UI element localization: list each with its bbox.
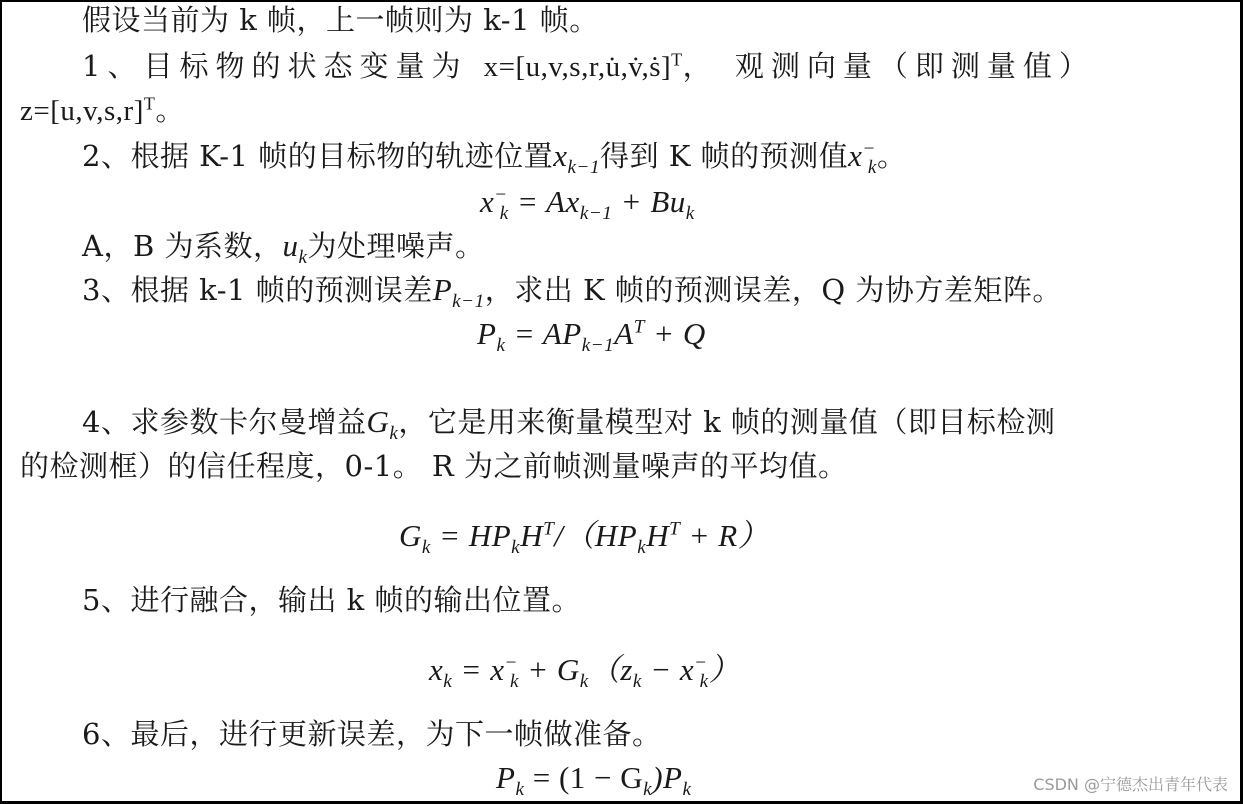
step2-suffix: 。 [877, 139, 907, 173]
eq-sup: T [634, 317, 645, 338]
eq-sub: k [637, 537, 646, 558]
eq-sub: k [422, 537, 431, 558]
note-coefficients: A，B 为系数，uk为处理噪声。 [82, 228, 485, 264]
state-vector: x=[u,v,s,r,u̇,v̇,ṡ] [484, 51, 671, 83]
eq-sup: T [669, 519, 680, 540]
csdn-watermark: CSDN @宁德杰出青年代表 [1033, 772, 1228, 795]
eq-term: + G [519, 652, 580, 687]
eq-term: ） [709, 652, 741, 687]
step1-prefix: 1、目标物的状态变量为 [82, 49, 484, 83]
eq-term: H [646, 518, 669, 553]
equation-predict-state: x−k = Axk−1 + Buk [480, 184, 695, 220]
eq-term: x [429, 652, 443, 687]
equation-predict-error: Pk = APk−1AT + Q [477, 316, 706, 352]
equation-update-error: Pk = (1 − Gk)Pk [496, 760, 691, 796]
var-x-subscript: k−1 [567, 157, 600, 178]
step1-suffix: 。 [155, 93, 185, 127]
eq-term: /（HP [554, 518, 637, 553]
var-g: Gk [366, 404, 398, 439]
step2-prefix: 2、根据 K-1 帧的目标物的轨迹位置 [82, 139, 553, 173]
step1-middle: ， 观测向量（即测量值） [683, 49, 1095, 83]
step4-line: 4、求参数卡尔曼增益Gk，它是用来衡量模型对 k 帧的测量值（即目标检测 [82, 404, 1055, 440]
var-u: uk [282, 228, 307, 263]
eq-sup: T [543, 519, 554, 540]
intro-line: 假设当前为 k 帧，上一帧则为 k-1 帧。 [82, 2, 599, 38]
var-x-pred: x−k [848, 138, 877, 173]
eq-term: P [496, 760, 515, 795]
note-prefix: A，B 为系数， [82, 229, 282, 263]
step3-line: 3、根据 k-1 帧的预测误差Pk−1，求出 K 帧的预测误差，Q 为协方差矩阵… [82, 272, 1062, 308]
eq-term: G [399, 518, 422, 553]
eq-sub: k [682, 779, 691, 800]
eq-term: （z [589, 652, 633, 687]
step4-suffix: ，它是用来衡量模型对 k 帧的测量值（即目标检测 [398, 405, 1055, 439]
step2-line: 2、根据 K-1 帧的目标物的轨迹位置xk−1得到 K 帧的预测值x−k。 [82, 138, 906, 174]
eq-term: + Bu [612, 184, 685, 219]
eq-term: = (1 − G [524, 760, 643, 795]
step4-prefix: 4、求参数卡尔曼增益 [82, 405, 366, 439]
step6-line: 6、最后，进行更新误差，为下一帧做准备。 [82, 716, 661, 752]
eq-term: + Q [645, 316, 706, 351]
eq-term: = AP [505, 316, 581, 351]
var-g-symbol: G [366, 404, 389, 439]
eq-term: = HP [431, 518, 511, 553]
eq-sub: k [500, 203, 509, 224]
document-page: 假设当前为 k 帧，上一帧则为 k-1 帧。 1、目标物的状态变量为 x=[u,… [2, 2, 1240, 801]
step1-line2: z=[u,v,s,r]T。 [20, 92, 185, 129]
step3-prefix: 3、根据 k-1 帧的预测误差 [82, 273, 433, 307]
var-x: x [553, 138, 567, 173]
step5-line: 5、进行融合，输出 k 帧的输出位置。 [82, 582, 581, 618]
eq-sub: k−1 [582, 335, 615, 356]
observation-vector: z=[u,v,s,r] [20, 95, 144, 127]
var-x: x [848, 138, 862, 173]
eq-term: A [614, 316, 633, 351]
eq-term: − x [642, 652, 694, 687]
var-p: P [433, 272, 452, 307]
step3-suffix: ，求出 K 帧的预测误差，Q 为协方差矩阵。 [485, 273, 1062, 307]
var-x-subscript: k [868, 157, 877, 178]
eq-term: x [480, 184, 494, 219]
eq-term: = Ax [509, 184, 580, 219]
eq-sub: k [580, 671, 589, 692]
var-x-prev: xk−1 [553, 138, 600, 173]
eq-sub: k [443, 671, 452, 692]
eq-sub: k [510, 671, 519, 692]
eq-sub: k [643, 779, 652, 800]
var-u-subscript: k [298, 247, 307, 268]
observation-vector-transpose: T [144, 93, 155, 113]
eq-sub: k [633, 671, 642, 692]
eq-sub: k [511, 537, 520, 558]
equation-fusion: xk = x−k + Gk（zk − x−k） [429, 652, 740, 688]
step2-middle: 得到 K 帧的预测值 [600, 139, 848, 173]
equation-kalman-gain: Gk = HPkHT/（HPkHT + R） [399, 518, 769, 554]
state-vector-transpose: T [671, 49, 682, 69]
eq-term: H [520, 518, 543, 553]
var-u-symbol: u [282, 228, 298, 263]
var-p-prev: Pk−1 [433, 272, 485, 307]
eq-sub: k [700, 671, 709, 692]
step4-line2: 的检测框）的信任程度，0-1。 R 为之前帧测量噪声的平均值。 [20, 448, 847, 484]
eq-term: + R） [680, 518, 769, 553]
var-p-subscript: k−1 [452, 291, 485, 312]
eq-sub: k [686, 203, 695, 224]
eq-term: = x [452, 652, 504, 687]
eq-term: P [477, 316, 496, 351]
eq-sub: k−1 [580, 203, 613, 224]
eq-term: )P [652, 760, 682, 795]
step1-line: 1、目标物的状态变量为 x=[u,v,s,r,u̇,v̇,ṡ]T， 观测向量（即… [82, 48, 1095, 85]
note-suffix: 为处理噪声。 [308, 229, 485, 263]
